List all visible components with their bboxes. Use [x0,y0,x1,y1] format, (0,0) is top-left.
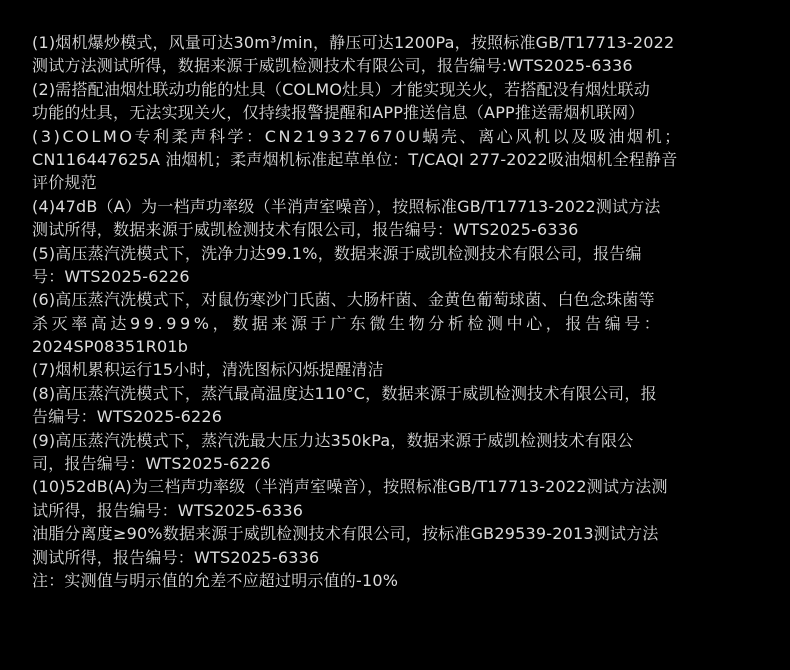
note-3: (3)COLMO专利柔声科学：CN219327670U蜗壳、离心风机以及吸油烟机… [32,125,762,195]
note-line: (10)52dB(A)为三档声功率级（半消声室噪音），按照标准GB/T17713… [32,475,762,498]
note-2: (2)需搭配油烟灶联动功能的灶具（COLMO灶具）才能实现关火，若搭配没有烟灶联… [32,78,762,125]
note-line: (6)高压蒸汽洗模式下，对鼠伤寒沙门氏菌、大肠杆菌、金黄色葡萄球菌、白色念珠菌等 [32,288,762,311]
note-line: (5)高压蒸汽洗模式下，洗净力达99.1%，数据来源于威凯检测技术有限公司，报告… [32,242,762,265]
note-disclaimer: 注：实测值与明示值的允差不应超过明示值的-10% [32,569,762,592]
note-line: 油脂分离度≥90%数据来源于威凯检测技术有限公司，按标准GB29539-2013… [32,522,762,545]
note-5: (5)高压蒸汽洗模式下，洗净力达99.1%，数据来源于威凯检测技术有限公司，报告… [32,242,762,289]
note-7: (7)烟机累积运行15小时，清洗图标闪烁提醒清洁 [32,358,762,381]
note-line: 司，报告编号：WTS2025-6226 [32,452,762,475]
note-line: (2)需搭配油烟灶联动功能的灶具（COLMO灶具）才能实现关火，若搭配没有烟灶联… [32,78,762,101]
note-line: CN116447625A 油烟机；柔声烟机标准起草单位：T/CAQI 277-2… [32,148,762,171]
note-1: (1)烟机爆炒模式，风量可达30m³/min，静压可达1200Pa，按照标准GB… [32,31,762,78]
note-line: (9)高压蒸汽洗模式下，蒸汽洗最大压力达350kPa，数据来源于威凯检测技术有限… [32,429,762,452]
note-line: 注：实测值与明示值的允差不应超过明示值的-10% [32,569,762,592]
note-line: 告编号：WTS2025-6226 [32,405,762,428]
note-grease-separation: 油脂分离度≥90%数据来源于威凯检测技术有限公司，按标准GB29539-2013… [32,522,762,569]
note-6: (6)高压蒸汽洗模式下，对鼠伤寒沙门氏菌、大肠杆菌、金黄色葡萄球菌、白色念珠菌等… [32,288,762,358]
note-10: (10)52dB(A)为三档声功率级（半消声室噪音），按照标准GB/T17713… [32,475,762,522]
note-line: 试所得，报告编号：WTS2025-6336 [32,499,762,522]
note-8: (8)高压蒸汽洗模式下，蒸汽最高温度达110°C，数据来源于威凯检测技术有限公司… [32,382,762,429]
note-line: (3)COLMO专利柔声科学：CN219327670U蜗壳、离心风机以及吸油烟机… [32,125,762,148]
note-line: 号：WTS2025-6226 [32,265,762,288]
note-line: 测试方法测试所得，数据来源于威凯检测技术有限公司，报告编号:WTS2025-63… [32,54,762,77]
note-line: 功能的灶具，无法实现关火，仅持续报警提醒和APP推送信息（APP推送需烟机联网） [32,101,762,124]
note-line: (4)47dB（A）为一档声功率级（半消声室噪音），按照标准GB/T17713-… [32,195,762,218]
note-9: (9)高压蒸汽洗模式下，蒸汽洗最大压力达350kPa，数据来源于威凯检测技术有限… [32,429,762,476]
note-line: 评价规范 [32,171,762,194]
note-line: 测试所得，报告编号：WTS2025-6336 [32,546,762,569]
note-line: 杀灭率高达99.99%，数据来源于广东微生物分析检测中心，报告编号： [32,312,762,335]
note-line: 2024SP08351R01b [32,335,762,358]
note-line: 测试所得，数据来源于威凯检测技术有限公司，报告编号：WTS2025-6336 [32,218,762,241]
note-line: (1)烟机爆炒模式，风量可达30m³/min，静压可达1200Pa，按照标准GB… [32,31,762,54]
note-line: (8)高压蒸汽洗模式下，蒸汽最高温度达110°C，数据来源于威凯检测技术有限公司… [32,382,762,405]
note-4: (4)47dB（A）为一档声功率级（半消声室噪音），按照标准GB/T17713-… [32,195,762,242]
note-line: (7)烟机累积运行15小时，清洗图标闪烁提醒清洁 [32,358,762,381]
footnotes-document: (1)烟机爆炒模式，风量可达30m³/min，静压可达1200Pa，按照标准GB… [32,31,762,592]
